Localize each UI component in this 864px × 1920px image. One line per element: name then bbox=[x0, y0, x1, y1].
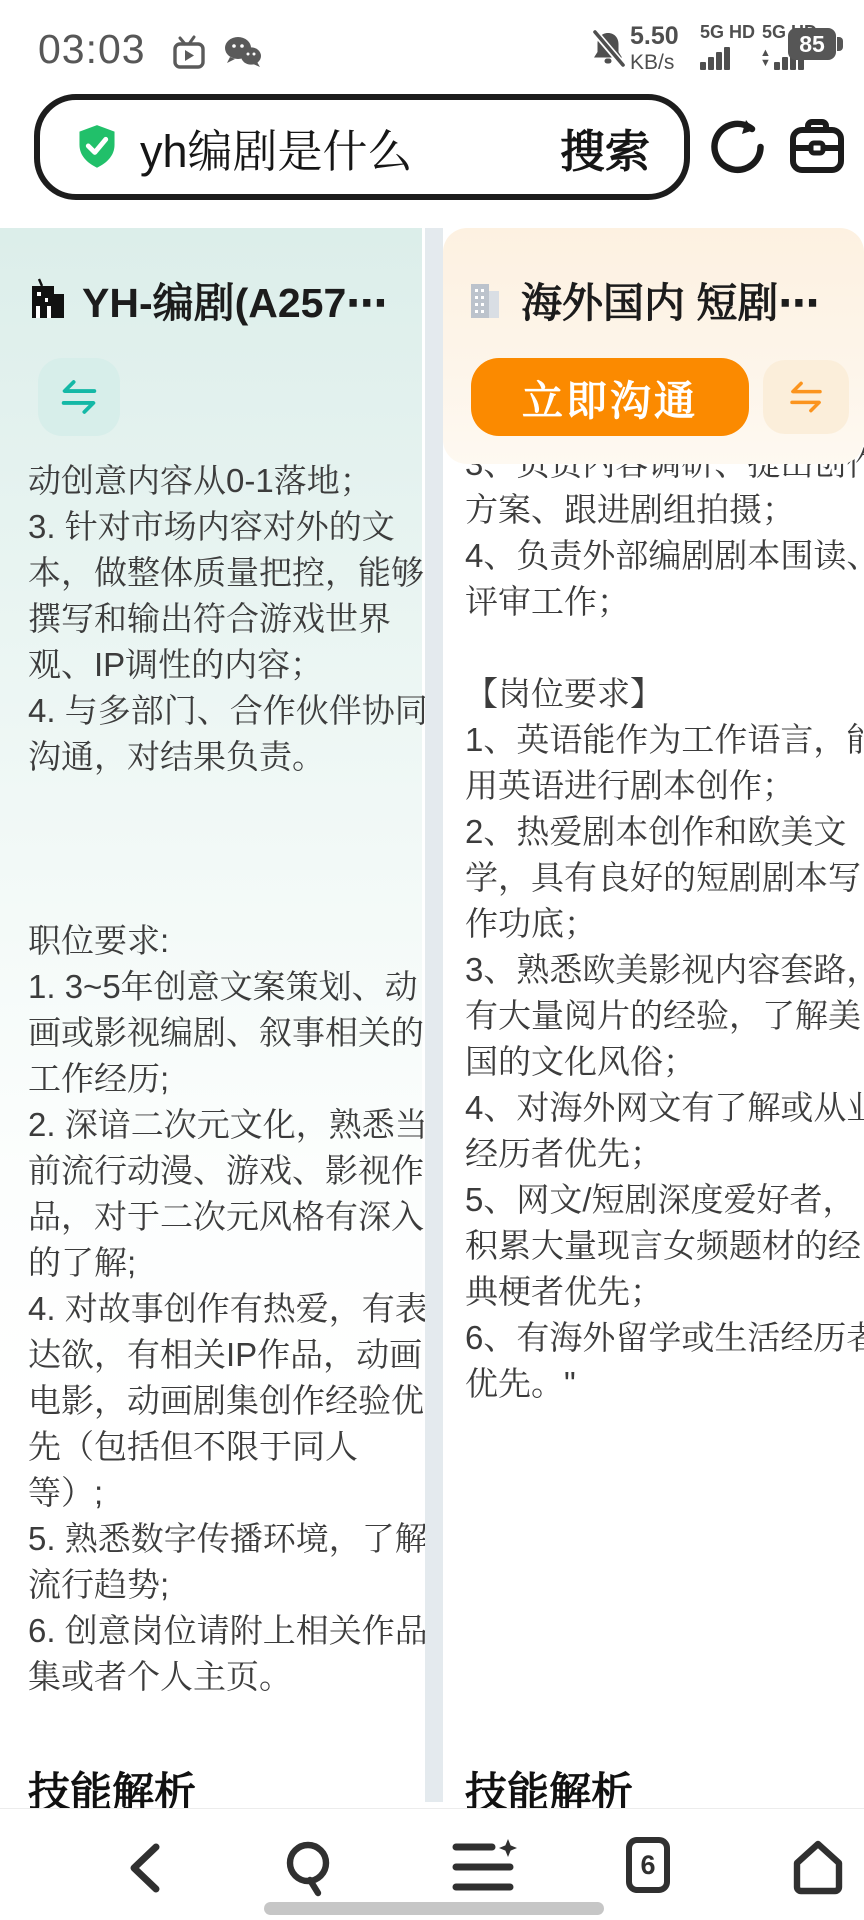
body-line: 流行趋势; bbox=[28, 1562, 428, 1608]
compare-arrows-icon bbox=[56, 374, 102, 420]
body-line bbox=[28, 826, 428, 872]
body-line: 方案、跟进剧组拍摄； bbox=[465, 487, 864, 533]
battery-indicator: 85 bbox=[788, 28, 836, 60]
body-line: 动创意内容从0-1落地； bbox=[28, 458, 428, 504]
body-line: 优先。" bbox=[465, 1361, 864, 1407]
building-dark-icon bbox=[28, 278, 68, 322]
network-speed: 5.50 KB/s bbox=[630, 24, 679, 73]
home-icon[interactable] bbox=[788, 1837, 848, 1899]
right-job-pane[interactable]: 3、负责内容调研、提出创作方案、跟进剧组拍摄；4、负责外部编剧剧本围读、评审工作… bbox=[443, 228, 864, 1808]
body-line: 典梗者优先； bbox=[465, 1269, 864, 1315]
search-input[interactable]: yh编剧是什么 bbox=[140, 115, 413, 180]
left-job-title: YH-编剧(A257⋯ bbox=[82, 270, 387, 329]
network-1: 5G HD bbox=[700, 22, 756, 70]
compare-arrows-icon bbox=[785, 376, 827, 418]
body-line: 有大量阅片的经验，了解美 bbox=[465, 993, 864, 1039]
right-job-title: 海外国内 短剧⋯ bbox=[521, 270, 819, 329]
body-line bbox=[28, 780, 428, 826]
compare-button-left[interactable] bbox=[38, 358, 120, 436]
body-line: 等）; bbox=[28, 1470, 428, 1516]
body-line: 6、有海外留学或生活经历者 bbox=[465, 1315, 864, 1361]
body-line bbox=[465, 625, 864, 671]
body-line: 本，做整体质量把控，能够 bbox=[28, 550, 428, 596]
pane-divider bbox=[425, 228, 443, 1802]
body-line: 3、熟悉欧美影视内容套路， bbox=[465, 947, 864, 993]
body-line: 国的文化风俗； bbox=[465, 1039, 864, 1085]
signal-bars-icon bbox=[700, 47, 756, 70]
body-line: 4、负责外部编剧剧本围读、 bbox=[465, 533, 864, 579]
body-line: 5. 熟悉数字传播环境，了解 bbox=[28, 1516, 428, 1562]
left-job-pane[interactable]: YH-编剧(A257⋯ 动创意内容从0-1落地；3. 针对市场内容对外的文本，做… bbox=[0, 228, 422, 1808]
body-line: 画或影视编剧、叙事相关的 bbox=[28, 1010, 428, 1056]
body-line: 工作经历; bbox=[28, 1056, 428, 1102]
reading-list-icon[interactable] bbox=[452, 1837, 520, 1897]
search-button[interactable]: 搜索 bbox=[560, 115, 650, 180]
body-line: 作功底； bbox=[465, 901, 864, 947]
wechat-icon bbox=[222, 34, 264, 72]
body-line: 【岗位要求】 bbox=[465, 671, 864, 717]
body-line: 积累大量现言女频题材的经 bbox=[465, 1223, 864, 1269]
body-line bbox=[28, 872, 428, 918]
status-time: 03:03 bbox=[38, 26, 146, 73]
body-line: 经历者优先； bbox=[465, 1131, 864, 1177]
search-icon[interactable] bbox=[280, 1837, 342, 1899]
body-line: 2、热爱剧本创作和欧美文 bbox=[465, 809, 864, 855]
home-indicator[interactable] bbox=[264, 1902, 604, 1915]
body-line: 的了解; bbox=[28, 1240, 428, 1286]
back-icon[interactable] bbox=[118, 1837, 174, 1899]
tv-icon bbox=[170, 34, 208, 72]
body-line: 品，对于二次元风格有深入 bbox=[28, 1194, 428, 1240]
body-line: 1. 3~5年创意文案策划、动 bbox=[28, 964, 428, 1010]
body-line: 达欲，有相关IP作品，动画 bbox=[28, 1332, 428, 1378]
tabs-icon[interactable]: 6 bbox=[626, 1837, 670, 1893]
body-line: 4. 对故事创作有热爱，有表 bbox=[28, 1286, 428, 1332]
body-line: 撰写和输出符合游戏世界 bbox=[28, 596, 428, 642]
body-line: 1、英语能作为工作语言，能 bbox=[465, 717, 864, 763]
body-line: 沟通，对结果负责。 bbox=[28, 734, 428, 780]
screen: 03:03 5.50 KB/s 5G HD bbox=[0, 0, 864, 1920]
contact-now-button[interactable]: 立即沟通 bbox=[471, 358, 749, 436]
body-line: 6. 创意岗位请附上相关作品 bbox=[28, 1608, 428, 1654]
search-bar[interactable]: yh编剧是什么 搜索 bbox=[34, 94, 690, 200]
body-line: 观、IP调性的内容； bbox=[28, 642, 428, 688]
traffic-arrows-icon: ▲▼ bbox=[760, 48, 771, 68]
body-line: 3. 针对市场内容对外的文 bbox=[28, 504, 428, 550]
body-line: 学，具有良好的短剧剧本写 bbox=[465, 855, 864, 901]
body-line: 职位要求: bbox=[28, 918, 428, 964]
battery-level: 85 bbox=[799, 31, 825, 57]
body-line: 前流行动漫、游戏、影视作 bbox=[28, 1148, 428, 1194]
body-line: 集或者个人主页。 bbox=[28, 1654, 428, 1700]
shield-check-icon bbox=[74, 122, 120, 172]
body-line: 2. 深谙二次元文化，熟悉当 bbox=[28, 1102, 428, 1148]
body-line: 用英语进行剧本创作； bbox=[465, 763, 864, 809]
right-job-header-card: 海外国内 短剧⋯ 立即沟通 bbox=[443, 228, 864, 464]
tab-count: 6 bbox=[640, 1850, 655, 1881]
body-line: 电影，动画剧集创作经验优 bbox=[28, 1378, 428, 1424]
right-job-description: 3、负责内容调研、提出创作方案、跟进剧组拍摄；4、负责外部编剧剧本围读、评审工作… bbox=[465, 441, 864, 1407]
body-line: 4、对海外网文有了解或从业 bbox=[465, 1085, 864, 1131]
refresh-icon[interactable] bbox=[708, 116, 770, 178]
status-bar: 03:03 5.50 KB/s 5G HD bbox=[0, 22, 864, 80]
briefcase-icon[interactable] bbox=[786, 116, 848, 178]
body-line: 先（包括但不限于同人 bbox=[28, 1424, 428, 1470]
compare-button-right[interactable] bbox=[763, 360, 849, 434]
bell-muted-icon bbox=[588, 28, 628, 68]
body-line: 5、网文/短剧深度爱好者， bbox=[465, 1177, 864, 1223]
left-job-description: 动创意内容从0-1落地；3. 针对市场内容对外的文本，做整体质量把控，能够撰写和… bbox=[28, 458, 428, 1700]
body-line: 评审工作； bbox=[465, 579, 864, 625]
body-line: 4. 与多部门、合作伙伴协同 bbox=[28, 688, 428, 734]
building-gray-icon bbox=[465, 278, 507, 322]
